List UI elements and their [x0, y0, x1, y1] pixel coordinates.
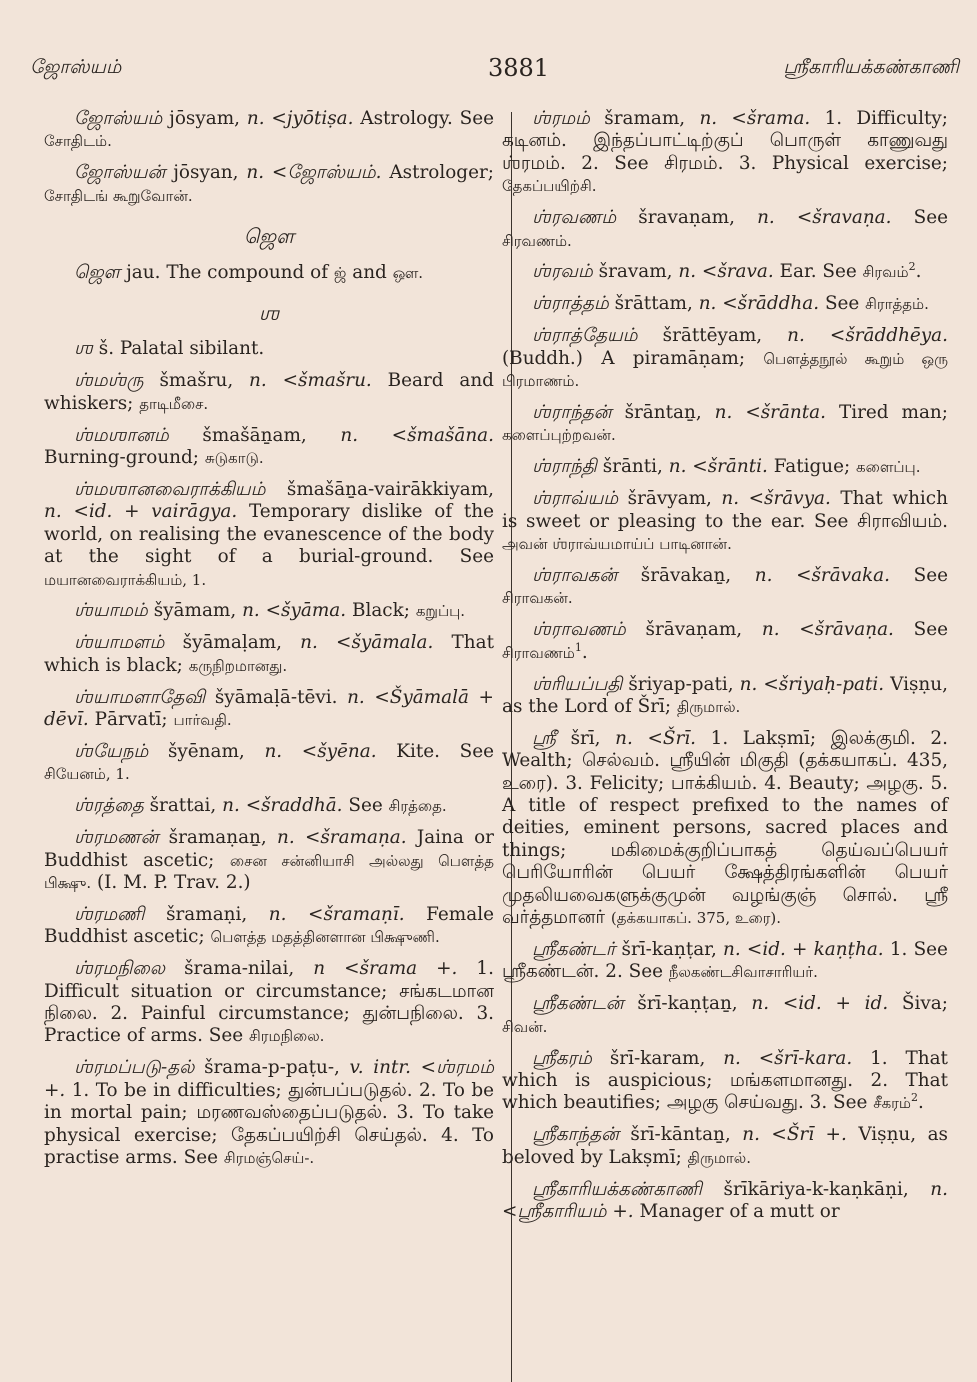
dictionary-entry: ஶ்ரத்தை šrattai, n. <šraddhā. See சிரத்த… [44, 795, 494, 817]
part-of-speech: n. [242, 600, 260, 621]
dictionary-entry: ஸ்ரீகரம் šrī-karam, n. <šrī-kara. 1. Tha… [502, 1048, 948, 1115]
tamil-gloss: தேகப்பயிற்சி. [502, 177, 596, 195]
left-guideword: ஜோஸ்யம் [30, 56, 121, 81]
dictionary-entry: ஜோஸ்யம் jōsyam, n. <jyōtiṣa. Astrology. … [44, 108, 494, 153]
headword: ஸ்ரீகாரியக்கண்காணி [532, 1179, 702, 1200]
etymology: <Šrī +. [771, 1124, 846, 1145]
transliteration: šrama-p-paṭu-, [204, 1057, 340, 1078]
headword: ஶ்ரவம் [532, 261, 593, 282]
headword: ஶ்ரமநிலை [74, 958, 165, 979]
part-of-speech: n. [249, 370, 267, 391]
definition: See [825, 293, 859, 314]
transliteration: šrāttam, [615, 293, 693, 314]
part-of-speech: n. [678, 261, 696, 282]
headword: ஸ்ரீகண்டன் [532, 993, 624, 1014]
dictionary-entry: ஶ்ராத்தம் šrāttam, n. <šrāddha. See சிரா… [502, 293, 948, 315]
part-of-speech: n. [222, 795, 240, 816]
dictionary-entry: ஶ š. Palatal sibilant. [44, 338, 494, 360]
tamil-gloss: அவன் ஶ்ராவ்யமாய்ப் பாடினான். [502, 535, 732, 553]
headword: ஶ்யாமளம் [74, 632, 164, 653]
headword: ஜோஸ்யன் [74, 162, 165, 183]
dictionary-entry: ஶ்யாமம் šyāmam, n. <šyāma. Black; கறுப்ப… [44, 600, 494, 622]
transliteration: šrī, [571, 728, 601, 749]
etymology: <šramaṇī. [308, 904, 405, 925]
definition: Black; [352, 600, 410, 621]
part-of-speech: n. [264, 741, 282, 762]
transliteration: šyāmam, [154, 600, 236, 621]
part-of-speech: n. [723, 939, 741, 960]
etymology: <šravaṇa. [797, 207, 892, 228]
definition: Manager of a mutt or [639, 1201, 839, 1222]
headword: ஶ்யாமம் [74, 600, 148, 621]
etymology: <ஜோஸ்யம். [272, 162, 382, 183]
headword: ஶ்ரமப்படு-தல் [74, 1057, 194, 1078]
dictionary-entry: ஶ்ராத்தேயம் šrāttēyam, n. <šrāddhēya. (B… [502, 325, 948, 392]
dictionary-entry: ஶ்ராந்தன் šrāntaṉ, n. <šrānta. Tired man… [502, 402, 948, 447]
transliteration: šrī-kaṇṭar, [622, 939, 717, 960]
transliteration: šrāvakaṉ, [641, 565, 731, 586]
tamil-gloss: சோதிடம். [44, 132, 112, 150]
definition: Astrologer; [389, 162, 494, 183]
dictionary-entry: ஸ்ரீகண்டன் šrī-kaṇṭaṉ, n. <id. + id. Šiv… [502, 993, 948, 1038]
dictionary-page: ஜோஸ்யம் 3881 ஸ்ரீகாரியக்கண்காணி ஜோஸ்யம் … [0, 0, 977, 1382]
definition: Tired man; [839, 402, 948, 423]
dictionary-entry: ஶ்ரமநிலை šrama-nilai, n <šrama +. 1. Dif… [44, 958, 494, 1048]
etymology: <šrāvaṇa. [799, 619, 894, 640]
headword: ஶ்ராந்தன் [532, 402, 612, 423]
headword: ஶ்ரத்தை [74, 795, 144, 816]
part-of-speech: n. [340, 425, 358, 446]
definition: See [914, 207, 948, 228]
left-column: ஜோஸ்யம் jōsyam, n. <jyōtiṣa. Astrology. … [44, 108, 494, 1179]
part-of-speech: n. [757, 207, 775, 228]
tamil-gloss: சியேனம், 1. [44, 765, 130, 783]
definition: See [914, 565, 948, 586]
tamil-gloss: சுடுகாடு. [205, 449, 264, 467]
part-of-speech: n. [699, 108, 717, 129]
headword: ஶ்ரமணி [74, 904, 145, 925]
part-of-speech: n. [615, 728, 633, 749]
part-of-speech: n. [723, 1048, 741, 1069]
dictionary-entry: ஶ்யாமளாதேவி šyāmaḷā-tēvi. n. <Šyāmalā + … [44, 687, 494, 732]
tamil-gloss: சிரமநிலை. [249, 1027, 324, 1045]
dictionary-entry: ஶ்மஶானவைராக்கியம் šmašāṉa-vairākkiyam, n… [44, 479, 494, 591]
etymology: <šrama. [731, 108, 810, 129]
superscript: 2 [909, 260, 916, 273]
transliteration: šriyap-pati, [628, 674, 733, 695]
etymology: <šyāma. [266, 600, 346, 621]
tamil-gloss: பார்வதி. [173, 711, 231, 729]
transliteration: šyāmaḷam, [183, 632, 282, 653]
headword: ஶ்யாமளாதேவி [74, 687, 205, 708]
part-of-speech: n. [247, 108, 265, 129]
tamil-gloss: கறுப்பு. [416, 602, 465, 620]
etymology: <šrānta. [745, 402, 826, 423]
tamil-gloss: சிரமஞ்செய்-. [224, 1149, 314, 1167]
etymology: <šrāddha. [722, 293, 819, 314]
transliteration: jōsyan, [173, 162, 238, 183]
transliteration: šrānti, [603, 456, 663, 477]
tamil-gloss: சிரவம் [863, 263, 909, 281]
dictionary-entry: ஸ்ரீகாரியக்கண்காணி šrīkāriya-k-kaṇkāṇi, … [502, 1179, 948, 1224]
superscript: 1 [575, 641, 582, 654]
transliteration: šravam, [599, 261, 673, 282]
tamil-gloss: ஜ் [334, 264, 347, 282]
etymology: <id. + kaṇṭha. [747, 939, 884, 960]
etymology: <šrānti. [692, 456, 768, 477]
tamil-gloss: சிரவணம். [502, 232, 572, 250]
right-column: ஶ்ரமம் šramam, n. <šrama. 1. Difficulty;… [502, 108, 948, 1233]
transliteration: šrī-karam, [610, 1048, 705, 1069]
part-of-speech: n. [742, 1124, 760, 1145]
definition: Fatigue; [774, 456, 850, 477]
dictionary-entry: ஶ்மஶ்ரு šmašru, n. <šmašru. Beard and wh… [44, 370, 494, 415]
definition: (Buddh.) A piramāṇam; [502, 348, 745, 369]
right-guideword: ஸ்ரீகாரியக்கண்காணி [783, 56, 959, 81]
headword: ஶ்ரமம் [532, 108, 590, 129]
tamil-gloss: கருநிறமானது. [189, 657, 287, 675]
headword: ஶ்ராத்தம் [532, 293, 609, 314]
dictionary-entry: ஶ்ராந்தி šrānti, n. <šrānti. Fatigue; கள… [502, 456, 948, 478]
part-of-speech: n. [44, 501, 62, 522]
tamil-gloss: மயானவைராக்கியம், 1. [44, 571, 206, 589]
part-of-speech: v. intr. [350, 1057, 411, 1078]
tamil-gloss: நீலகண்டசிவாசாரியர். [669, 963, 818, 981]
tamil-gloss: சோதிடங் கூறுவோன். [44, 187, 193, 205]
section-heading-jau: ஜௌ [44, 225, 494, 247]
transliteration: šramam, [604, 108, 685, 129]
headword: ஶ்ராவகன் [532, 565, 617, 586]
headword: ஶ்ராவணம் [532, 619, 626, 640]
transliteration: šramaṇaṉ, [169, 827, 267, 848]
tamil-gloss: சிராவகன். [502, 589, 573, 607]
running-head: ஜோஸ்யம் 3881 ஸ்ரீகாரியக்கண்காணி [0, 56, 977, 90]
definition: Astrology. See [360, 108, 494, 129]
tamil-gloss: சிரத்தை. [389, 797, 447, 815]
transliteration: šmašāṉa-vairākkiyam, [287, 479, 494, 500]
transliteration: šmašāṉam, [202, 425, 306, 446]
definition: Burning-ground; [44, 447, 199, 468]
dictionary-entry: ஶ்ரமம் šramam, n. <šrama. 1. Difficulty;… [502, 108, 948, 198]
transliteration: šyēnam, [168, 741, 245, 762]
definition: Šiva; [902, 993, 948, 1014]
transliteration: šravaṇam, [638, 207, 735, 228]
conjunction: and [352, 262, 387, 283]
etymology: <šrī-kara. [759, 1048, 852, 1069]
part-of-speech: n. [699, 293, 717, 314]
tamil-gloss: (தக்கயாகப். 375, உரை). [611, 909, 781, 927]
tamil-gloss: பௌத்த மதத்தினளான பிக்ஷுணி. [211, 928, 440, 946]
part-of-speech: n. [740, 674, 758, 695]
etymology: <šrāvya. [749, 488, 831, 509]
headword: ஶ்ரமணன் [74, 827, 158, 848]
dictionary-entry: ஶ்ரமணி šramaṇi, n. <šramaṇī. Female Budd… [44, 904, 494, 949]
part-of-speech: n [313, 958, 325, 979]
etymology: <šriyaḥ-pati. [763, 674, 884, 695]
dictionary-entry: ஶ்ரியப்பதி šriyap-pati, n. <šriyaḥ-pati.… [502, 674, 948, 719]
dictionary-entry: ஶ்மஶானம் šmašāṉam, n. <šmašāna. Burning-… [44, 425, 494, 470]
dictionary-entry: ஶ்யேநம் šyēnam, n. <šyēna. Kite. See சிய… [44, 741, 494, 786]
superscript: 2 [911, 1091, 918, 1104]
etymology: <šrāddhēya. [830, 325, 948, 346]
part-of-speech: n. [669, 456, 687, 477]
transliteration: šrama-nilai, [184, 958, 294, 979]
part-of-speech: n. [930, 1179, 948, 1200]
tamil-gloss: சிராவணம் [502, 644, 575, 662]
part-of-speech: n. [751, 993, 769, 1014]
tamil-gloss: திருமால். [677, 698, 740, 716]
dictionary-entry: ஶ்ரவம் šravam, n. <šrava. Ear. See சிரவம… [502, 261, 948, 283]
etymology: <id. + vairāgya. [73, 501, 237, 522]
part-of-speech: n. [269, 904, 287, 925]
transliteration: jōsyam, [169, 108, 240, 129]
part-of-speech: n. [246, 162, 264, 183]
headword: ஶ்மஶானவைராக்கியம் [74, 479, 266, 500]
entry-end: . [918, 1092, 924, 1113]
tamil-gloss: திருமால். [688, 1149, 751, 1167]
headword: ஶ்ராத்தேயம் [532, 325, 638, 346]
definition: See [348, 795, 382, 816]
definition: Pārvatī; [95, 709, 168, 730]
etymology: <ஸ்ரீகாரியம் +. [502, 1201, 634, 1222]
etymology: <šrama +. [344, 958, 457, 979]
headword: ஸ்ரீகரம் [532, 1048, 592, 1069]
transliteration: šrattai, [150, 795, 217, 816]
headword: ஜௌ [74, 262, 120, 283]
transliteration: šrī-kāntaṉ, [630, 1124, 730, 1145]
page-number: 3881 [488, 54, 549, 82]
definition: 1. Lakṣmī; இலக்குமி. 2. Wealth; செல்வம்.… [502, 728, 948, 928]
dictionary-entry: ஸ்ரீ šrī, n. <Šrī. 1. Lakṣmī; இலக்குமி. … [502, 728, 948, 930]
headword: ஶ்ரியப்பதி [532, 674, 622, 695]
transliteration: šmašru, [159, 370, 233, 391]
headword: ஶ்ராந்தி [532, 456, 597, 477]
tamil-gloss: சிவன். [502, 1018, 547, 1036]
dictionary-entry: ஸ்ரீகண்டர் šrī-kaṇṭar, n. <id. + kaṇṭha.… [502, 939, 948, 984]
tamil-gloss: ஔ. [393, 264, 423, 282]
dictionary-entry: ஶ்ரமணன் šramaṇaṉ, n. <šramaṇa. Jaina or … [44, 827, 494, 894]
dictionary-entry: ஜோஸ்யன் jōsyan, n. <ஜோஸ்யம். Astrologer;… [44, 162, 494, 207]
definition: Kite. See [396, 741, 494, 762]
part-of-speech: n. [715, 402, 733, 423]
transliteration: šrīkāriya-k-kaṇkāṇi, [724, 1179, 909, 1200]
tamil-gloss: தாடிமீசை. [139, 395, 208, 413]
dictionary-entry: ஶ்ராவணம் šrāvaṇam, n. <šrāvaṇa. See சிரா… [502, 619, 948, 664]
dictionary-entry: ஶ்ரமப்படு-தல் šrama-p-paṭu-, v. intr. <ஶ… [44, 1057, 494, 1169]
entry-end: . [916, 261, 922, 282]
part-of-speech: n. [787, 325, 805, 346]
definition: See [914, 619, 948, 640]
etymology: <Šrī. [647, 728, 696, 749]
etymology: <jyōtiṣa. [271, 108, 353, 129]
transliteration: šrāvyam, [628, 488, 712, 509]
etymology: <šrava. [702, 261, 774, 282]
dictionary-entry: ஶ்யாமளம் šyāmaḷam, n. <šyāmala. That whi… [44, 632, 494, 677]
tamil-gloss: சீகரம் [873, 1094, 911, 1112]
definition: Ear. See [780, 261, 857, 282]
etymology: <šmašru. [283, 370, 372, 391]
headword: ஶ்மஶ்ரு [74, 370, 144, 391]
part-of-speech: n. [300, 632, 318, 653]
part-of-speech: n. [721, 488, 739, 509]
part-of-speech: n. [762, 619, 780, 640]
etymology: <šraddhā. [246, 795, 343, 816]
tamil-gloss: சிராத்தம். [865, 295, 929, 313]
transliteration: šrāvaṇam, [646, 619, 743, 640]
headword: ஸ்ரீகாந்தன் [532, 1124, 619, 1145]
part-of-speech: n. [755, 565, 773, 586]
part-of-speech: n. [347, 687, 365, 708]
part-of-speech: n. [277, 827, 295, 848]
etymology: <šyēna. [302, 741, 377, 762]
reference: (I. M. P. Trav. 2.) [97, 872, 251, 893]
headword: ஶ்ரவணம் [532, 207, 616, 228]
headword: ஶ்யேநம் [74, 741, 148, 762]
headword: ஶ்ராவ்யம் [532, 488, 618, 509]
headword: ஶ [74, 338, 93, 359]
etymology: <šramaṇa. [305, 827, 407, 848]
transliteration: šyāmaḷā-tēvi. [215, 687, 338, 708]
entry-end: . [582, 642, 588, 663]
dictionary-entry: ஜௌ jau. The compound of ஜ் and ஔ. [44, 262, 494, 284]
etymology: <id. + id. [783, 993, 888, 1014]
dictionary-entry: ஸ்ரீகாந்தன் šrī-kāntaṉ, n. <Šrī +. Viṣṇu… [502, 1124, 948, 1169]
etymology: <šmašāna. [392, 425, 494, 446]
transliteration: jau. [126, 262, 160, 283]
transliteration: šrāttēyam, [663, 325, 763, 346]
headword: ஜோஸ்யம் [74, 108, 162, 129]
etymology: <šrāvaka. [796, 565, 890, 586]
transliteration: šrī-kaṇṭaṉ, [637, 993, 737, 1014]
tamil-gloss: களைப்பு. [856, 458, 920, 476]
headword: ஸ்ரீகண்டர் [532, 939, 615, 960]
dictionary-entry: ஶ்ராவ்யம் šrāvyam, n. <šrāvya. That whic… [502, 488, 948, 555]
transliteration: šramaṇi, [166, 904, 247, 925]
dictionary-entry: ஶ்ரவணம் šravaṇam, n. <šravaṇa. See சிரவண… [502, 207, 948, 252]
transliteration: šrāntaṉ, [625, 402, 702, 423]
headword: ஸ்ரீ [532, 728, 556, 749]
etymology: <šyāmala. [336, 632, 433, 653]
definition: š. Palatal sibilant. [99, 338, 264, 359]
section-heading-sha: ஶ [44, 302, 494, 324]
headword: ஶ்மஶானம் [74, 425, 169, 446]
tamil-gloss: களைப்புற்றவன். [502, 426, 616, 444]
definition: The compound of [166, 262, 328, 283]
dictionary-entry: ஶ்ராவகன் šrāvakaṉ, n. <šrāvaka. See சிரா… [502, 565, 948, 610]
